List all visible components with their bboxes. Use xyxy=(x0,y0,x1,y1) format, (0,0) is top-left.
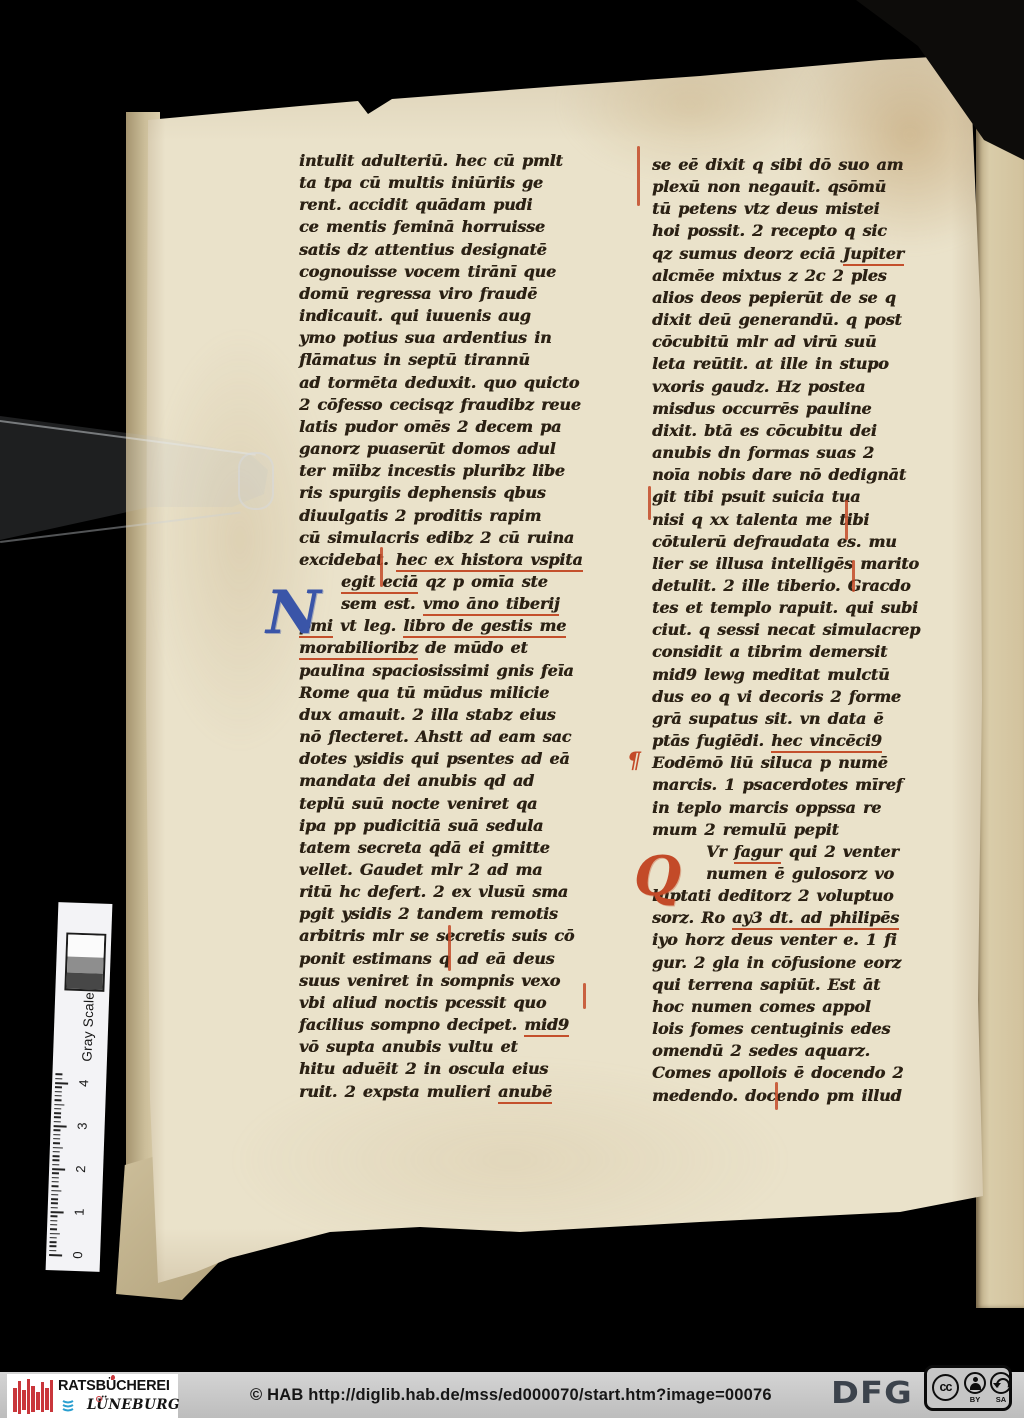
open-book-icon xyxy=(62,1399,84,1414)
red-stroke xyxy=(845,500,848,540)
manuscript-line: leta reūtit. at ille in stupo xyxy=(652,353,982,375)
ruler-tick xyxy=(53,1147,63,1149)
ruler-tick xyxy=(50,1228,57,1230)
red-stroke xyxy=(380,547,383,587)
manuscript-line: tatem secreta qdā ei gmitte xyxy=(299,837,647,859)
manuscript-line: qz sumus deorz eciā Jupiter xyxy=(652,243,982,265)
manuscript-line: marcis. 1 psacerdotes mīref xyxy=(652,774,982,796)
manuscript-line: mum 2 remulū pepit xyxy=(652,819,982,841)
manuscript-line: arbitris mlr se secretis suis cō xyxy=(299,925,647,947)
manuscript-line: suus veniret in sompnis vexo xyxy=(299,970,647,992)
ruler-tick xyxy=(49,1250,56,1252)
ruler-tick xyxy=(50,1224,57,1226)
ruler-tick xyxy=(54,1099,61,1101)
ruler-tick xyxy=(54,1104,64,1106)
manuscript-line: vxoris gaudz. Hz postea xyxy=(652,376,982,398)
red-initial-letter: Q xyxy=(634,844,681,908)
manuscript-line: numen ē gulosorz vo xyxy=(652,863,982,885)
manuscript-line: ce mentis feminā horruisse xyxy=(299,216,647,238)
manuscript-line: ganorz puaserūt domos adul xyxy=(299,438,647,460)
manuscript-line: pgit ysidis 2 tandem remotis xyxy=(299,903,647,925)
text-column-right: se eē dixit q sibi dō suo amplexū non ne… xyxy=(652,154,982,1107)
red-stroke xyxy=(583,983,586,1009)
ruler-tick xyxy=(53,1134,60,1136)
manuscript-line: anubis dn formas suas 2 xyxy=(652,442,982,464)
ruler-tick xyxy=(53,1138,60,1140)
manuscript-line: alcmēe mixtus z 2c 2 ples xyxy=(652,265,982,287)
manuscript-line: noīa nobis dare nō dedignāt xyxy=(652,464,982,486)
manuscript-line: qui terrena sapiūt. Est āt xyxy=(652,974,982,996)
manuscript-line: Comes apollois ē docendo 2 xyxy=(652,1062,982,1084)
manuscript-line: gur. 2 gla in cōfusione eorz xyxy=(652,952,982,974)
ruler-tick xyxy=(50,1237,57,1239)
manuscript-line: cōcubitū mlr ad virū suū xyxy=(652,331,982,353)
red-stroke xyxy=(775,1082,778,1110)
ruler-tick xyxy=(49,1254,62,1256)
logo-name-text: RATSBÜCHEREI xyxy=(58,1378,170,1394)
manuscript-line: nisi q xx talenta me tibi xyxy=(652,509,982,531)
ruler-tick xyxy=(51,1185,58,1187)
manuscript-line: vō supta anubis vultu et xyxy=(299,1036,647,1058)
ruler-tick xyxy=(50,1215,57,1217)
manuscript-line: Eodēmō liū siluca p numē xyxy=(652,752,982,774)
red-bars-icon xyxy=(13,1376,57,1416)
manuscript-line: diuulgatis 2 proditis rapim xyxy=(299,505,647,527)
ruler-tick xyxy=(53,1151,60,1153)
manuscript-line: flāmatus in septū tirannū xyxy=(299,349,647,371)
manuscript-photo: intulit adulteriū. hec cū pmltta tpa cū … xyxy=(0,0,1024,1418)
ruler-tick xyxy=(54,1121,61,1123)
manuscript-line: ponit estimans q ad eā deus xyxy=(299,948,647,970)
manuscript-line: ta tpa cū multis iniūriis ge xyxy=(299,172,647,194)
ruler-tick xyxy=(51,1207,58,1209)
red-pilcrow-mark: ¶ xyxy=(627,748,641,774)
manuscript-line: mid9 lewg meditat mulctū xyxy=(652,664,982,686)
manuscript-line: Vr fagur qui 2 venter xyxy=(652,841,982,863)
manuscript-line: excidebat. hec ex histora vspita xyxy=(299,549,647,571)
manuscript-line: vellet. Gaudet mlr 2 ad ma xyxy=(299,859,647,881)
blue-initial-letter: N xyxy=(266,578,321,648)
manuscript-line: dux amauit. 2 illa stabz eius xyxy=(299,704,647,726)
manuscript-line: sorz. Ro ay3 dt. ad philipēs xyxy=(652,907,982,929)
manuscript-line: grā supatus sit. vn data ē xyxy=(652,708,982,730)
cc-sa-arrow-icon xyxy=(990,1372,1012,1394)
manuscript-line: 2 cōfesso cecisqz fraudibz reue xyxy=(299,394,647,416)
manuscript-line: se eē dixit q sibi dō suo am xyxy=(652,154,982,176)
ruler-tick xyxy=(52,1177,59,1179)
manuscript-line: detulit. 2 ille tiberio. Gracdo xyxy=(652,575,982,597)
caption-bar: RATSBÜCHEREI LÜNEBURG © HAB http://digli… xyxy=(0,1372,1024,1418)
manuscript-line: omendū 2 sedes aquarz. xyxy=(652,1040,982,1062)
manuscript-line: mandata dei anubis qd ad xyxy=(299,770,647,792)
manuscript-line: ris spurgiis dephensis qbus xyxy=(299,482,647,504)
ruler-tick xyxy=(51,1194,58,1196)
swatch-white xyxy=(68,935,105,958)
manuscript-line: paulina spaciosissimi gnis feīa xyxy=(299,660,647,682)
manuscript-line: ymo potius sua ardentius in xyxy=(299,327,647,349)
ruler-number: 0 xyxy=(70,1246,85,1264)
ruler-tick xyxy=(54,1125,67,1127)
manuscript-line: domū regressa viro fraudē xyxy=(299,283,647,305)
ruler-number: 1 xyxy=(71,1203,86,1221)
manuscript-line: dixit. btā es cōcubitu dei xyxy=(652,420,982,442)
manuscript-line: satis dz attentius designatē xyxy=(299,239,647,261)
manuscript-line: Rome qua tū mūdus milicie xyxy=(299,682,647,704)
gray-scale-label-text: Gray Scale xyxy=(79,983,97,1071)
manuscript-line: ipa pp pudicitiā suā sedula xyxy=(299,815,647,837)
ruler-tick xyxy=(49,1245,56,1247)
next-leaf-edge xyxy=(976,62,1024,1308)
manuscript-line: ruit. 2 expsta mulieri anubē xyxy=(299,1081,647,1103)
red-stroke xyxy=(648,486,651,520)
manuscript-line: rent. accidit quādam pudi xyxy=(299,194,647,216)
manuscript-line: pmi vt leg. libro de gestis me xyxy=(299,615,647,637)
ruler-tick xyxy=(54,1108,61,1110)
red-stroke xyxy=(448,925,451,971)
gray-scale-label: Gray Scale xyxy=(67,991,88,1072)
manuscript-line: dotes ysidis qui psentes ad eā xyxy=(299,748,647,770)
manuscript-line: vbi aliud noctis pcessit quo xyxy=(299,992,647,1014)
copyright-url-text: © HAB http://diglib.hab.de/mss/ed000070/… xyxy=(250,1372,810,1418)
cc-sa-label: SA xyxy=(990,1395,1012,1404)
manuscript-line: cognouisse vocem tirānī que xyxy=(299,261,647,283)
manuscript-line: nō flecteret. Ahstt ad eam sac xyxy=(299,726,647,748)
manuscript-line: ciut. q sessi necat simulacrep xyxy=(652,619,982,641)
ruler-tick xyxy=(51,1202,58,1204)
manuscript-line: hoc numen comes appol xyxy=(652,996,982,1018)
manuscript-line: sem est. vmo āno tiberij xyxy=(299,593,647,615)
manuscript-line: hoi possit. 2 recepto q sic xyxy=(652,220,982,242)
manuscript-line: considit a tibrim demersit xyxy=(652,641,982,663)
gray-scale-card: Gray Scale 43210 xyxy=(46,902,113,1272)
manuscript-line: cōtulerū defraudata es. mu xyxy=(652,531,982,553)
cc-by-label: BY xyxy=(964,1395,986,1404)
ruler-tick xyxy=(52,1172,59,1174)
manuscript-line: tū petens vtz deus mistei xyxy=(652,198,982,220)
manuscript-line: in teplo marcis oppssa re xyxy=(652,797,982,819)
ruler-tick xyxy=(52,1168,65,1170)
cm-ruler xyxy=(58,902,112,904)
manuscript-line: ptās fugiēdi. hec vincēci9 xyxy=(652,730,982,752)
manuscript-line: indicauit. qui iuuenis aug xyxy=(299,305,647,327)
manuscript-line: plexū non negauit. qsōmū xyxy=(652,176,982,198)
manuscript-line: git tibi psuit suicia tua xyxy=(652,486,982,508)
ruler-tick xyxy=(52,1164,59,1166)
dfg-logo: DFG xyxy=(831,1376,913,1411)
ruler-tick xyxy=(53,1129,60,1131)
ruler-tick xyxy=(51,1190,61,1192)
ruler-tick xyxy=(50,1233,60,1235)
manuscript-line: ritū hc defert. 2 ex vlusū sma xyxy=(299,881,647,903)
ruler-tick xyxy=(53,1142,60,1144)
ruler-tick xyxy=(55,1078,62,1080)
ruler-tick xyxy=(55,1091,62,1093)
manuscript-line: iyo horz deus venter e. 1 fi xyxy=(652,929,982,951)
ruler-tick xyxy=(50,1220,57,1222)
red-umlaut-ring xyxy=(96,1396,102,1402)
manuscript-line: facilius sompno decipet. mid9 xyxy=(299,1014,647,1036)
cc-icon: cc xyxy=(932,1374,959,1401)
ruler-number: 2 xyxy=(73,1160,88,1178)
clip-tip xyxy=(238,452,274,510)
manuscript-line: hitu aduēit 2 in oscula eius xyxy=(299,1058,647,1080)
ruler-tick xyxy=(51,1198,58,1200)
manuscript-line: teplū suū nocte veniret qa xyxy=(299,793,647,815)
manuscript-line: tes et templo rapuit. qui subi xyxy=(652,597,982,619)
ruler-tick xyxy=(51,1211,64,1213)
text-column-left: intulit adulteriū. hec cū pmltta tpa cū … xyxy=(299,150,647,1103)
manuscript-line: ter mīibz incestis pluribz libe xyxy=(299,460,647,482)
manuscript-line: morabilioribz de mūdo et xyxy=(299,637,647,659)
manuscript-line: intulit adulteriū. hec cū pmlt xyxy=(299,150,647,172)
ruler-number: 3 xyxy=(74,1117,89,1135)
red-umlaut-accent xyxy=(111,1375,115,1380)
ruler-tick xyxy=(55,1095,62,1097)
ruler-tick xyxy=(55,1086,62,1088)
ruler-tick xyxy=(55,1074,62,1076)
cc-by-person-icon xyxy=(964,1372,986,1394)
manuscript-line: cū simulacris edibz 2 cū ruina xyxy=(299,527,647,549)
manuscript-line: dixit deū generandū. q post xyxy=(652,309,982,331)
ruler-tick xyxy=(52,1181,59,1183)
swatch-gray xyxy=(67,957,104,974)
manuscript-line: lier se illusa intelligēs marito xyxy=(652,553,982,575)
manuscript-line: latis pudor omēs 2 decem pa xyxy=(299,416,647,438)
red-stroke xyxy=(852,560,855,592)
cc-license-badge: cc BY SA xyxy=(924,1365,1012,1411)
red-stroke xyxy=(637,146,640,206)
manuscript-line: luptati deditorz 2 voluptuo xyxy=(652,885,982,907)
ruler-tick xyxy=(54,1112,61,1114)
manuscript-line: alios deos pepierūt de se q xyxy=(652,287,982,309)
manuscript-line: misdus occurrēs pauline xyxy=(652,398,982,420)
manuscript-line: ad tormēta deduxit. quo quicto xyxy=(299,372,647,394)
manuscript-line: egit eciā qz p omīa ste xyxy=(299,571,647,593)
ruler-tick xyxy=(55,1082,68,1084)
ruler-tick xyxy=(52,1160,59,1162)
manuscript-line: medendo. docendo pm illud xyxy=(652,1085,982,1107)
ruler-tick xyxy=(54,1117,61,1119)
ruler-tick xyxy=(53,1155,60,1157)
manuscript-line: lois fomes centuginis edes xyxy=(652,1018,982,1040)
ruler-number: 4 xyxy=(76,1074,91,1092)
ratsbuecherei-logo: RATSBÜCHEREI LÜNEBURG xyxy=(7,1374,178,1418)
manuscript-line: dus eo q vi decoris 2 forme xyxy=(652,686,982,708)
ruler-tick xyxy=(50,1241,57,1243)
